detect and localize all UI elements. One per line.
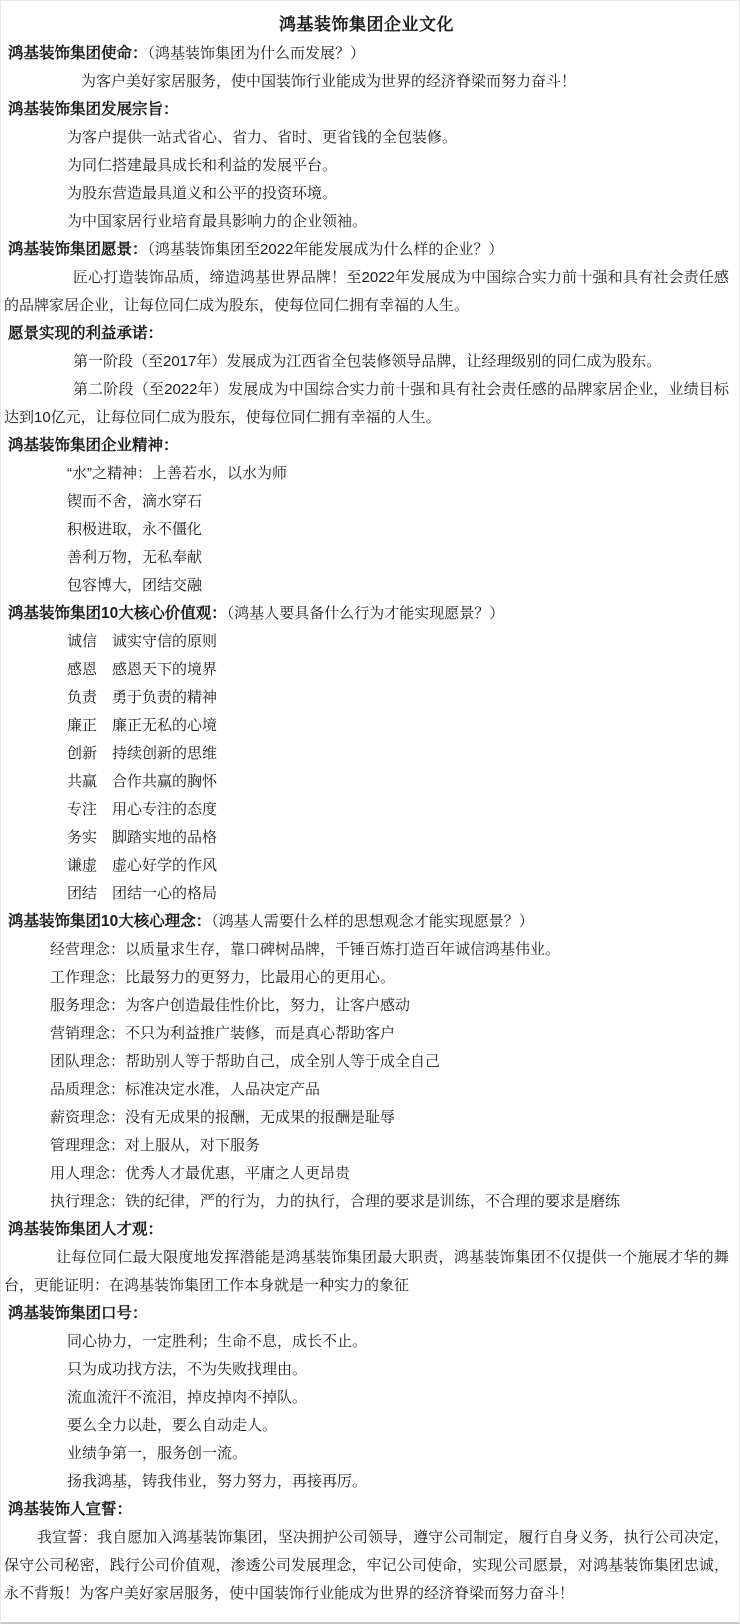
list-item: 经营理念：以质量求生存，靠口碑树品牌，千锤百炼打造百年诚信鸿基伟业。 bbox=[4, 936, 729, 964]
section-vision: 鸿基装饰集团愿景：（鸿基装饰集团至2022年能发展成为什么样的企业？） 匠心打造… bbox=[4, 236, 729, 320]
list-item: 薪资理念：没有无成果的报酬，无成果的报酬是耻辱 bbox=[4, 1104, 729, 1132]
paragraph: 让每位同仁最大限度地发挥潜能是鸿基装饰集团最大职责，鸿基装饰集团不仅提供一个施展… bbox=[4, 1244, 729, 1300]
list-item: 善利万物，无私奉献 bbox=[4, 544, 729, 572]
section-slogan: 鸿基装饰集团口号： 同心协力，一定胜利；生命不息，成长不止。 只为成功找方法，不… bbox=[4, 1300, 729, 1496]
list-item: 只为成功找方法，不为失败找理由。 bbox=[4, 1356, 729, 1384]
list-item: 流血流汗不流泪，掉皮掉肉不掉队。 bbox=[4, 1384, 729, 1412]
heading-question: （鸿基装饰集团至2022年能发展成为什么样的企业？） bbox=[148, 241, 504, 258]
section-heading: 愿景实现的利益承诺： bbox=[4, 320, 729, 348]
section-oath: 鸿基装饰人宣誓： 我宣誓：我自愿加入鸿基装饰集团，坚决拥护公司领导，遵守公司制定… bbox=[4, 1496, 729, 1608]
list-item: 务实 脚踏实地的品格 bbox=[4, 824, 729, 852]
section-purpose: 鸿基装饰集团发展宗旨： 为客户提供一站式省心、省力、省时、更省钱的全包装修。 为… bbox=[4, 96, 729, 236]
list-item: 积极进取，永不僵化 bbox=[4, 516, 729, 544]
heading-label: 鸿基装饰集团人才观： bbox=[8, 1221, 163, 1238]
section-heading: 鸿基装饰集团10大核心价值观：（鸿基人要具备什么行为才能实现愿景？） bbox=[4, 600, 729, 628]
section-principles: 鸿基装饰集团10大核心理念：（鸿基人需要什么样的思想观念才能实现愿景？） 经营理… bbox=[4, 908, 729, 1216]
section-heading: 鸿基装饰集团人才观： bbox=[4, 1216, 729, 1244]
section-heading: 鸿基装饰人宣誓： bbox=[4, 1496, 729, 1524]
heading-question: （鸿基人需要什么样的思想观念才能实现愿景？） bbox=[211, 913, 534, 930]
list-item: 执行理念：铁的纪律，严的行为，力的执行，合理的要求是训练，不合理的要求是磨练 bbox=[4, 1188, 729, 1216]
section-talent: 鸿基装饰集团人才观： 让每位同仁最大限度地发挥潜能是鸿基装饰集团最大职责，鸿基装… bbox=[4, 1216, 729, 1300]
paragraph: 第一阶段（至2017年）发展成为江西省全包装修领导品牌，让经理级别的同仁成为股东… bbox=[4, 348, 729, 376]
list-item: 廉正 廉正无私的心境 bbox=[4, 712, 729, 740]
section-heading: 鸿基装饰集团使命：（鸿基装饰集团为什么而发展？） bbox=[4, 40, 729, 68]
section-heading: 鸿基装饰集团愿景：（鸿基装饰集团至2022年能发展成为什么样的企业？） bbox=[4, 236, 729, 264]
list-item: 服务理念：为客户创造最佳性价比，努力，让客户感动 bbox=[4, 992, 729, 1020]
list-item: 为中国家居行业培育最具影响力的企业领袖。 bbox=[4, 208, 729, 236]
heading-label: 愿景实现的利益承诺： bbox=[8, 325, 163, 342]
section-heading: 鸿基装饰集团口号： bbox=[4, 1300, 729, 1328]
list-item: 感恩 感恩天下的境界 bbox=[4, 656, 729, 684]
list-item: 工作理念：比最努力的更努力，比最用心的更用心。 bbox=[4, 964, 729, 992]
paragraph: 我宣誓：我自愿加入鸿基装饰集团，坚决拥护公司领导，遵守公司制定，履行自身义务，执… bbox=[4, 1524, 729, 1608]
heading-label: 鸿基装饰集团10大核心理念： bbox=[8, 913, 211, 930]
heading-label: 鸿基装饰集团10大核心价值观： bbox=[8, 605, 227, 622]
list-item: 品质理念：标准决定水准，人品决定产品 bbox=[4, 1076, 729, 1104]
heading-label: 鸿基装饰集团口号： bbox=[8, 1305, 148, 1322]
heading-label: 鸿基装饰集团愿景： bbox=[8, 241, 148, 258]
list-item: 诚信 诚实守信的原则 bbox=[4, 628, 729, 656]
list-item: 用人理念：优秀人才最优惠，平庸之人更昂贵 bbox=[4, 1160, 729, 1188]
heading-label: 鸿基装饰集团企业精神： bbox=[8, 437, 179, 454]
list-item: 谦虚 虚心好学的作风 bbox=[4, 852, 729, 880]
page-title: 鸿基装饰集团企业文化 bbox=[4, 10, 729, 40]
heading-question: （鸿基装饰集团为什么而发展？） bbox=[148, 45, 366, 62]
list-item: 为股东营造最具道义和公平的投资环境。 bbox=[4, 180, 729, 208]
list-item: 包容博大，团结交融 bbox=[4, 572, 729, 600]
section-heading: 鸿基装饰集团发展宗旨： bbox=[4, 96, 729, 124]
list-item: 营销理念：不只为利益推广装修，而是真心帮助客户 bbox=[4, 1020, 729, 1048]
section-values: 鸿基装饰集团10大核心价值观：（鸿基人要具备什么行为才能实现愿景？） 诚信 诚实… bbox=[4, 600, 729, 908]
paragraph: 匠心打造装饰品质，缔造鸿基世界品牌！至2022年发展成为中国综合实力前十强和具有… bbox=[4, 264, 729, 320]
list-item: 为客户提供一站式省心、省力、省时、更省钱的全包装修。 bbox=[4, 124, 729, 152]
section-promise: 愿景实现的利益承诺： 第一阶段（至2017年）发展成为江西省全包装修领导品牌，让… bbox=[4, 320, 729, 432]
heading-label: 鸿基装饰集团使命： bbox=[8, 45, 148, 62]
list-item: 业绩争第一，服务创一流。 bbox=[4, 1440, 729, 1468]
list-item: 共赢 合作共赢的胸怀 bbox=[4, 768, 729, 796]
heading-question: （鸿基人要具备什么行为才能实现愿景？） bbox=[227, 605, 505, 622]
list-item: 管理理念：对上服从，对下服务 bbox=[4, 1132, 729, 1160]
document-page: 鸿基装饰集团企业文化 鸿基装饰集团使命：（鸿基装饰集团为什么而发展？） 为客户美… bbox=[0, 0, 740, 1624]
list-item: 锲而不舍，滴水穿石 bbox=[4, 488, 729, 516]
list-item: 为同仁搭建最具成长和利益的发展平台。 bbox=[4, 152, 729, 180]
paragraph: 第二阶段（至2022年）发展成为中国综合实力前十强和具有社会责任感的品牌家居企业… bbox=[4, 376, 729, 432]
list-item: 创新 持续创新的思维 bbox=[4, 740, 729, 768]
section-heading: 鸿基装饰集团10大核心理念：（鸿基人需要什么样的思想观念才能实现愿景？） bbox=[4, 908, 729, 936]
heading-label: 鸿基装饰集团发展宗旨： bbox=[8, 101, 179, 118]
list-item: 负责 勇于负责的精神 bbox=[4, 684, 729, 712]
section-mission: 鸿基装饰集团使命：（鸿基装饰集团为什么而发展？） 为客户美好家居服务，使中国装饰… bbox=[4, 40, 729, 96]
list-item: 扬我鸿基，铸我伟业，努力努力，再接再厉。 bbox=[4, 1468, 729, 1496]
section-spirit: 鸿基装饰集团企业精神： “水”之精神：上善若水，以水为师 锲而不舍，滴水穿石 积… bbox=[4, 432, 729, 600]
list-item: 同心协力，一定胜利；生命不息，成长不止。 bbox=[4, 1328, 729, 1356]
heading-label: 鸿基装饰人宣誓： bbox=[8, 1501, 132, 1518]
list-item: 要么全力以赴，要么自动走人。 bbox=[4, 1412, 729, 1440]
list-item: 团结 团结一心的格局 bbox=[4, 880, 729, 908]
list-item: 专注 用心专注的态度 bbox=[4, 796, 729, 824]
list-item: 团队理念：帮助别人等于帮助自己，成全别人等于成全自己 bbox=[4, 1048, 729, 1076]
section-heading: 鸿基装饰集团企业精神： bbox=[4, 432, 729, 460]
list-item: “水”之精神：上善若水，以水为师 bbox=[4, 460, 729, 488]
paragraph: 为客户美好家居服务，使中国装饰行业能成为世界的经济脊梁而努力奋斗！ bbox=[4, 68, 729, 96]
